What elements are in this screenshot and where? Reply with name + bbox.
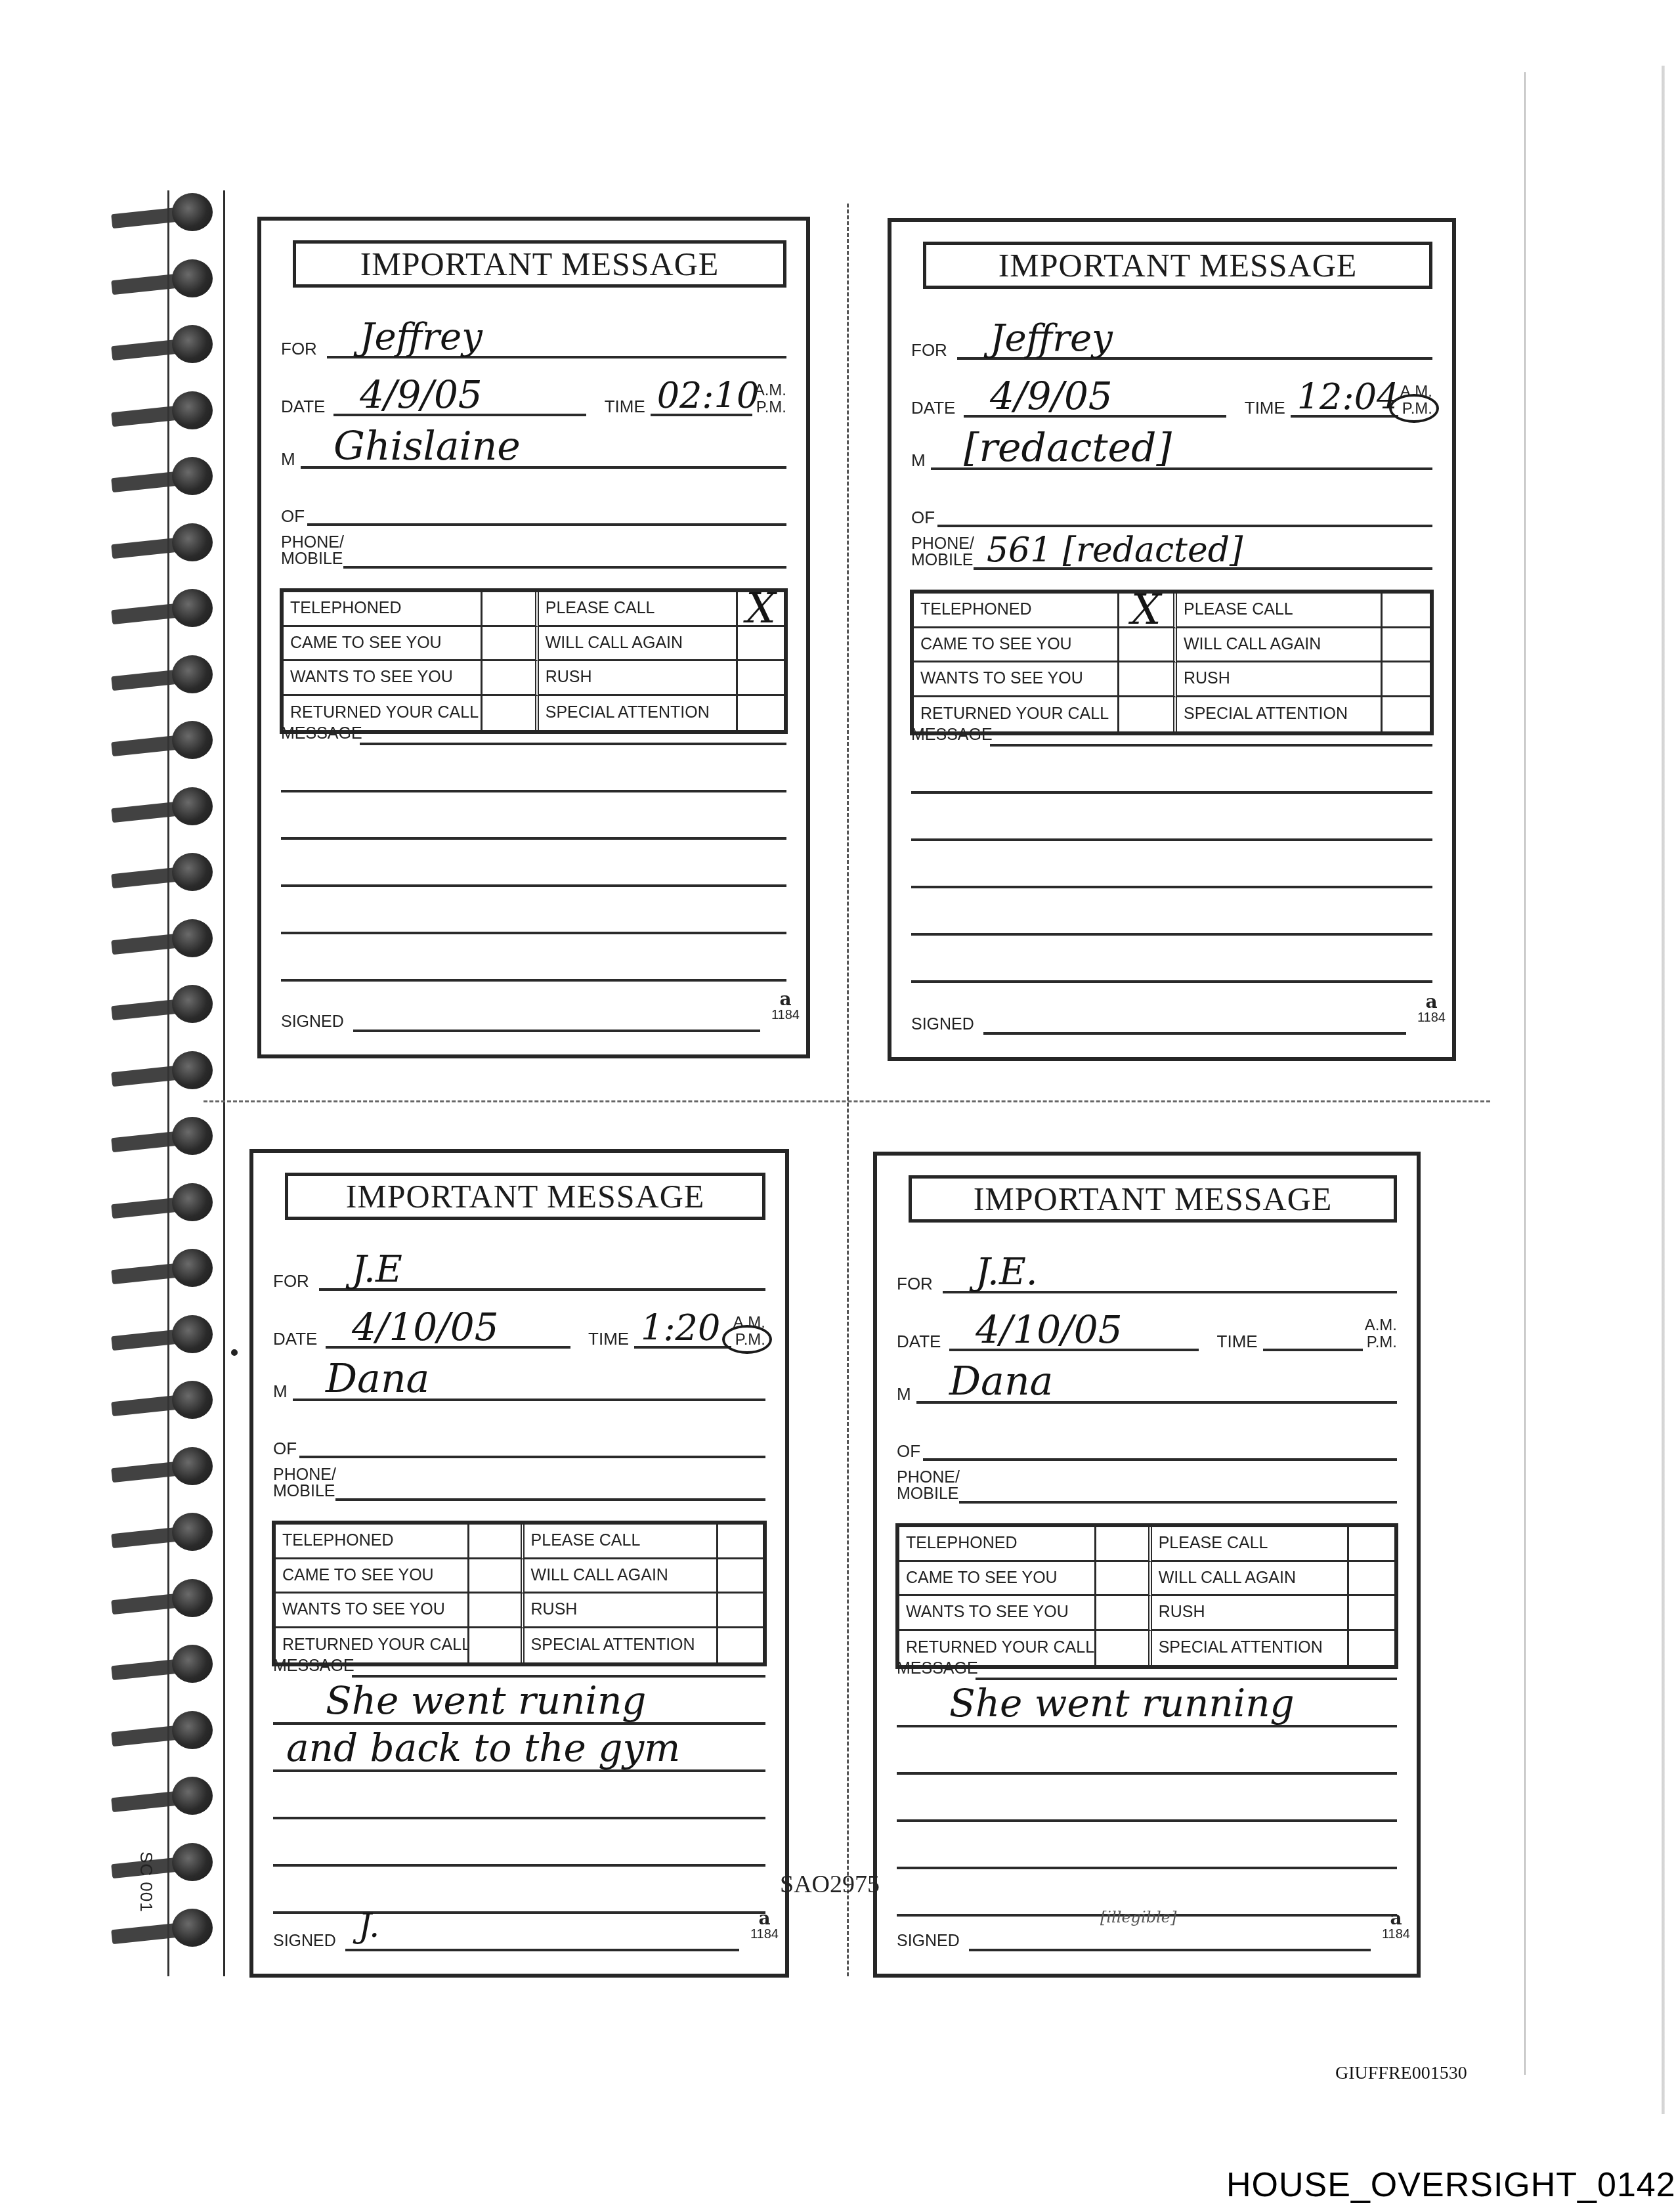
spiral-coil — [112, 917, 230, 963]
spiral-coil — [112, 653, 230, 699]
coil-ring — [172, 1579, 213, 1617]
pm-circled-mark — [722, 1325, 772, 1354]
coil-ring — [172, 1381, 213, 1419]
from-value: [redacted] — [964, 428, 1172, 467]
checkbox-grid: TELEPHONEDXPLEASE CALLCAME TO SEE YOUWIL… — [910, 590, 1434, 735]
for-field: FOR Jeffrey — [281, 319, 786, 358]
spiral-coil — [112, 322, 230, 368]
phone-label: PHONE/ MOBILE — [897, 1469, 960, 1502]
phone-line — [335, 1498, 765, 1501]
coil-ring — [172, 259, 213, 297]
spiral-coil — [112, 389, 230, 435]
phone-field: PHONE/ MOBILE — [281, 523, 786, 569]
checkbox-came-to-see-you[interactable] — [483, 627, 539, 662]
from-value: Dana — [949, 1362, 1053, 1401]
coil-ring — [172, 325, 213, 363]
date-time-field: DATE 4/9/05 TIME 12:04 A.M. P.M. — [911, 378, 1432, 418]
checkbox-label-please-call: PLEASE CALL — [1152, 1527, 1349, 1562]
phone-field: PHONE/ MOBILE — [273, 1455, 765, 1501]
checkbox-label-please-call: PLEASE CALL — [539, 592, 738, 627]
checkbox-returned-your-call[interactable] — [1096, 1631, 1152, 1666]
checkbox-returned-your-call[interactable] — [469, 1628, 524, 1663]
spiral-coil — [112, 1774, 230, 1820]
spiral-coil — [112, 785, 230, 831]
am-label: A.M. — [754, 382, 786, 399]
message-line — [273, 1911, 765, 1914]
checkbox-telephoned[interactable] — [469, 1525, 524, 1559]
signed-label: SIGNED — [911, 1015, 974, 1034]
checkbox-grid: TELEPHONEDPLEASE CALLCAME TO SEE YOUWILL… — [272, 1521, 767, 1666]
phone-line — [343, 566, 786, 569]
slip-title-box: IMPORTANT MESSAGE — [293, 240, 786, 288]
slip-title: IMPORTANT MESSAGE — [346, 1177, 705, 1215]
spiral-coil — [112, 454, 230, 500]
checkbox-grid: TELEPHONEDPLEASE CALLXCAME TO SEE YOUWIL… — [280, 588, 788, 734]
coil-ring — [172, 1315, 213, 1353]
manufacturer-logo-icon: a — [1382, 1909, 1410, 1928]
checkbox-special-attention[interactable] — [1349, 1631, 1394, 1666]
message-text: She went running — [949, 1684, 1295, 1722]
checkbox-label-telephoned: TELEPHONED — [276, 1525, 469, 1559]
spiral-coil — [112, 1642, 230, 1688]
coil-ring — [172, 1513, 213, 1551]
slip-title-box: IMPORTANT MESSAGE — [909, 1175, 1397, 1223]
time-label: TIME — [1217, 1333, 1258, 1350]
coil-ring — [172, 1711, 213, 1749]
spiral-coil — [112, 1181, 230, 1226]
signed-line — [345, 1949, 739, 1951]
spiral-coil — [112, 257, 230, 303]
scan-edge-rule — [1524, 72, 1526, 2075]
spiral-coil — [112, 190, 230, 236]
from-label: M — [911, 452, 926, 469]
phone-field: PHONE/ MOBILE — [897, 1458, 1397, 1504]
message-line — [281, 884, 786, 887]
checkbox-label-telephoned: TELEPHONED — [899, 1527, 1096, 1562]
checkbox-label-please-call: PLEASE CALL — [525, 1525, 718, 1559]
time-value: 02:10 — [657, 378, 760, 414]
checkbox-label-special-attention: SPECIAL ATTENTION — [539, 696, 738, 731]
checkbox-will-call-again[interactable] — [718, 1559, 763, 1594]
signed-value: [illegible] — [1100, 1909, 1176, 1925]
checkbox-label-rush: RUSH — [539, 661, 738, 696]
am-label: A.M. — [1365, 1317, 1397, 1334]
coil-ring — [172, 1183, 213, 1221]
checkbox-please-call[interactable] — [718, 1525, 763, 1559]
coil-ring — [172, 919, 213, 957]
checkbox-came-to-see-you[interactable] — [1096, 1562, 1152, 1597]
spiral-coil — [112, 1444, 230, 1490]
manufacturer-logo-icon: a — [750, 1909, 779, 1928]
signed-label: SIGNED — [273, 1932, 336, 1951]
checkbox-rush[interactable] — [1383, 662, 1430, 697]
message-slip-bottom-right: IMPORTANT MESSAGE FOR J.E. DATE 4/10/05 … — [873, 1152, 1421, 1978]
spiral-coil — [112, 521, 230, 567]
checkbox-special-attention[interactable] — [718, 1628, 763, 1663]
message-line — [897, 1867, 1397, 1869]
message-line — [897, 1772, 1397, 1775]
for-field: FOR J.E — [273, 1251, 765, 1291]
checkbox-label-special-attention: SPECIAL ATTENTION — [1177, 697, 1383, 732]
spiral-coil — [112, 1378, 230, 1424]
checkbox-wants-to-see-you[interactable] — [1096, 1596, 1152, 1631]
message-line — [990, 744, 1432, 747]
coil-ring — [172, 457, 213, 495]
date-label: DATE — [281, 398, 325, 415]
checkbox-wants-to-see-you[interactable] — [469, 1594, 524, 1628]
checkbox-telephoned[interactable]: X — [1119, 594, 1177, 628]
coil-ring — [172, 721, 213, 759]
spiral-coil — [112, 1049, 230, 1095]
from-value: Dana — [326, 1359, 429, 1399]
from-field: M Dana — [273, 1362, 765, 1401]
date-value: 4/9/05 — [990, 377, 1113, 415]
message-line — [281, 790, 786, 792]
checkbox-label-wants-to-see-you: WANTS TO SEE YOU — [899, 1596, 1096, 1631]
coil-ring — [172, 655, 213, 693]
message-line — [281, 979, 786, 982]
from-label: M — [281, 450, 295, 467]
checkbox-label-wants-to-see-you: WANTS TO SEE YOU — [914, 662, 1119, 697]
checkbox-rush[interactable] — [718, 1594, 763, 1628]
message-label: MESSAGE — [273, 1657, 354, 1676]
checkbox-label-special-attention: SPECIAL ATTENTION — [525, 1628, 718, 1663]
date-time-field: DATE 4/10/05 TIME 1:20 A.M. P.M. — [273, 1309, 765, 1349]
for-value: J.E — [352, 1251, 402, 1288]
checkbox-wants-to-see-you[interactable] — [483, 661, 539, 696]
message-line — [352, 1675, 765, 1678]
message-slip-top-left: IMPORTANT MESSAGE FOR Jeffrey DATE 4/9/0… — [257, 217, 810, 1058]
checkbox-grid: TELEPHONEDPLEASE CALLCAME TO SEE YOUWILL… — [895, 1523, 1398, 1669]
pm-label: P.M. — [1365, 1334, 1397, 1351]
message-text: and back to the gym — [286, 1729, 680, 1767]
manufacturer-logo-icon: a — [1417, 993, 1446, 1011]
message-line — [281, 932, 786, 934]
from-field: M Dana — [897, 1364, 1397, 1404]
date-label: DATE — [911, 399, 955, 416]
spiral-coil — [112, 1114, 230, 1160]
checkbox-label-rush: RUSH — [1152, 1596, 1349, 1631]
signed-line — [353, 1030, 760, 1032]
message-label: MESSAGE — [897, 1659, 978, 1678]
from-field: M Ghislaine — [281, 429, 786, 469]
signed-line — [969, 1949, 1371, 1951]
message-slip-top-right: IMPORTANT MESSAGE FOR Jeffrey DATE 4/9/0… — [888, 218, 1456, 1061]
checkbox-label-wants-to-see-you: WANTS TO SEE YOU — [284, 661, 483, 696]
checkbox-label-rush: RUSH — [1177, 662, 1383, 697]
vertical-perforation — [847, 204, 849, 1976]
for-value: J.E. — [976, 1254, 1038, 1291]
spiral-coil — [112, 1840, 230, 1886]
phone-label: PHONE/ MOBILE — [281, 534, 344, 567]
date-time-field: DATE 4/10/05 TIME A.M. P.M. — [897, 1312, 1397, 1351]
slip-title: IMPORTANT MESSAGE — [360, 245, 719, 283]
signed-label: SIGNED — [281, 1012, 344, 1031]
checkbox-label-will-call-again: WILL CALL AGAIN — [525, 1559, 718, 1594]
checkbox-label-telephoned: TELEPHONED — [914, 594, 1119, 628]
checkbox-label-came-to-see-you: CAME TO SEE YOU — [899, 1562, 1096, 1597]
binding-edge-line — [167, 190, 169, 1976]
for-label: FOR — [897, 1275, 933, 1292]
date-label: DATE — [897, 1333, 941, 1350]
from-value: Ghislaine — [333, 427, 521, 466]
giuffre-bates-stamp: GIUFFRE001530 — [1335, 2063, 1467, 2084]
message-line — [976, 1678, 1397, 1680]
coil-ring — [172, 1249, 213, 1287]
punch-dot — [231, 1349, 238, 1356]
checkbox-label-telephoned: TELEPHONED — [284, 592, 483, 627]
message-line — [360, 743, 786, 745]
checkbox-will-call-again[interactable] — [1383, 628, 1430, 663]
spiral-coil — [112, 850, 230, 896]
signed-value: J. — [358, 1909, 379, 1942]
checkbox-telephoned[interactable] — [483, 592, 539, 627]
slip-title: IMPORTANT MESSAGE — [974, 1180, 1333, 1218]
message-slip-bottom-left: IMPORTANT MESSAGE FOR J.E DATE 4/10/05 T… — [249, 1149, 789, 1978]
checkbox-please-call[interactable] — [1383, 594, 1430, 628]
checkbox-came-to-see-you[interactable] — [1119, 628, 1177, 663]
check-mark-icon: X — [1131, 594, 1161, 628]
am-pm-labels: A.M. P.M. — [1365, 1317, 1397, 1351]
date-time-field: DATE 4/9/05 TIME 02:10 A.M. P.M. — [281, 377, 786, 416]
time-label: TIME — [1245, 399, 1285, 416]
message-line — [911, 886, 1432, 888]
coil-ring — [172, 1117, 213, 1155]
signed-line — [983, 1032, 1406, 1035]
checkbox-label-rush: RUSH — [525, 1594, 718, 1628]
checkbox-special-attention[interactable] — [1383, 697, 1430, 732]
checkbox-returned-your-call[interactable] — [483, 696, 539, 731]
spiral-coil — [112, 718, 230, 764]
spine-code: SC 001 — [136, 1852, 156, 1913]
checkbox-will-call-again[interactable] — [1349, 1562, 1394, 1597]
coil-ring — [172, 193, 213, 231]
for-field: FOR Jeffrey — [911, 320, 1432, 360]
for-label: FOR — [273, 1272, 309, 1290]
coil-ring — [172, 1909, 213, 1947]
slip-title-box: IMPORTANT MESSAGE — [285, 1173, 765, 1220]
message-line — [911, 838, 1432, 841]
message-label: MESSAGE — [281, 724, 362, 743]
of-field: OF — [281, 487, 786, 526]
coil-ring — [172, 1645, 213, 1683]
checkbox-rush[interactable] — [1349, 1596, 1394, 1631]
pm-circled-mark — [1389, 394, 1439, 423]
message-line — [911, 980, 1432, 983]
coil-ring — [172, 985, 213, 1023]
checkbox-label-will-call-again: WILL CALL AGAIN — [1177, 628, 1383, 663]
time-label: TIME — [605, 398, 645, 415]
time-value: 12:04 — [1297, 380, 1400, 415]
message-line — [911, 933, 1432, 936]
checkbox-label-came-to-see-you: CAME TO SEE YOU — [276, 1559, 469, 1594]
date-value: 4/10/05 — [352, 1308, 499, 1346]
checkbox-returned-your-call[interactable] — [1119, 697, 1177, 732]
phone-label: PHONE/ MOBILE — [911, 536, 974, 569]
check-mark-icon: X — [746, 592, 776, 627]
pm-label: P.M. — [754, 399, 786, 416]
for-value: Jeffrey — [990, 320, 1113, 357]
slip-title-box: IMPORTANT MESSAGE — [923, 242, 1432, 289]
house-oversight-bates-stamp: HOUSE_OVERSIGHT_014253 — [1226, 2165, 1674, 2205]
for-label: FOR — [911, 341, 947, 358]
for-label: FOR — [281, 340, 317, 357]
date-value: 4/9/05 — [360, 376, 483, 414]
spiral-coil — [112, 1906, 230, 1952]
message-line — [897, 1819, 1397, 1822]
message-line — [273, 1864, 765, 1867]
spiral-coil — [112, 1708, 230, 1754]
checkbox-label-wants-to-see-you: WANTS TO SEE YOU — [276, 1594, 469, 1628]
coil-ring — [172, 1447, 213, 1485]
form-number: a 1184 — [1417, 993, 1446, 1024]
phone-field: PHONE/ MOBILE 561 [redacted] — [911, 524, 1432, 570]
time-label: TIME — [588, 1330, 629, 1347]
checkbox-will-call-again[interactable] — [738, 627, 784, 662]
from-label: M — [897, 1385, 911, 1402]
checkbox-label-special-attention: SPECIAL ATTENTION — [1152, 1631, 1349, 1666]
manufacturer-logo-icon: a — [771, 990, 800, 1008]
coil-ring — [172, 787, 213, 825]
slip-title: IMPORTANT MESSAGE — [998, 246, 1358, 284]
coil-ring — [172, 1777, 213, 1815]
coil-ring — [172, 391, 213, 429]
horizontal-perforation — [204, 1100, 1490, 1102]
sao-bates-stamp: SAO2975 — [780, 1870, 880, 1899]
for-value: Jeffrey — [360, 319, 483, 356]
checkbox-label-came-to-see-you: CAME TO SEE YOU — [914, 628, 1119, 663]
of-field: OF — [897, 1421, 1397, 1461]
coil-ring — [172, 1051, 213, 1089]
from-field: M [redacted] — [911, 431, 1432, 470]
of-field: OF — [273, 1419, 765, 1458]
spiral-coil — [112, 1246, 230, 1292]
time-value: 1:20 — [641, 1311, 720, 1346]
coil-ring — [172, 589, 213, 627]
date-label: DATE — [273, 1330, 317, 1347]
message-label: MESSAGE — [911, 726, 993, 745]
checkbox-telephoned[interactable] — [1096, 1527, 1152, 1562]
of-field: OF — [911, 488, 1432, 527]
for-field: FOR J.E. — [897, 1254, 1397, 1293]
message-line — [911, 791, 1432, 794]
checkbox-label-will-call-again: WILL CALL AGAIN — [539, 627, 738, 662]
coil-ring — [172, 523, 213, 561]
coil-ring — [172, 1843, 213, 1881]
spiral-coil — [112, 1576, 230, 1622]
am-pm-labels: A.M. P.M. — [754, 382, 786, 416]
checkbox-label-please-call: PLEASE CALL — [1177, 594, 1383, 628]
form-number: a 1184 — [771, 990, 800, 1022]
message-text: She went runing — [326, 1681, 646, 1720]
date-value: 4/10/05 — [976, 1311, 1123, 1349]
page-edge-line — [223, 190, 225, 1976]
checkbox-please-call[interactable]: X — [738, 592, 784, 627]
checkbox-label-will-call-again: WILL CALL AGAIN — [1152, 1562, 1349, 1597]
checkbox-please-call[interactable] — [1349, 1527, 1394, 1562]
coil-ring — [172, 853, 213, 891]
message-line — [281, 837, 786, 840]
spiral-coil — [112, 1510, 230, 1556]
spiral-coil — [112, 982, 230, 1028]
spiral-coil — [112, 586, 230, 632]
phone-line — [959, 1501, 1397, 1504]
phone-label: PHONE/ MOBILE — [273, 1467, 336, 1500]
phone-value: 561 [redacted] — [987, 533, 1243, 567]
checkbox-label-came-to-see-you: CAME TO SEE YOU — [284, 627, 483, 662]
spiral-coil — [112, 1312, 230, 1358]
spiral-binding — [105, 190, 236, 1976]
form-number: a 1184 — [750, 1909, 779, 1941]
signed-label: SIGNED — [897, 1932, 960, 1951]
checkbox-rush[interactable] — [738, 661, 784, 696]
checkbox-came-to-see-you[interactable] — [469, 1559, 524, 1594]
checkbox-wants-to-see-you[interactable] — [1119, 662, 1177, 697]
checkbox-special-attention[interactable] — [738, 696, 784, 731]
message-line — [273, 1817, 765, 1819]
from-label: M — [273, 1383, 288, 1400]
scan-page-edge — [1661, 66, 1665, 2114]
form-number: a 1184 — [1382, 1909, 1410, 1941]
time-line — [1263, 1349, 1363, 1351]
